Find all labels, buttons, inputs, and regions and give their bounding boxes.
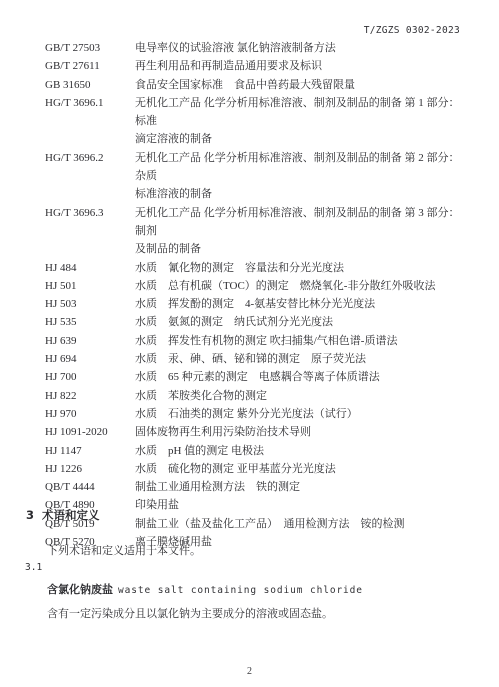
section-title: 术语和定义 — [42, 508, 100, 522]
reference-code: HJ 639 — [45, 332, 135, 350]
reference-title: 水质 挥发性有机物的测定 吹扫捕集/气相色谱-质谱法 — [135, 332, 464, 350]
reference-row: QB/T 4444 制盐工业通用检测方法 铁的测定 — [45, 478, 464, 496]
reference-title: 电导率仪的试验溶液 氯化钠溶液制备方法 — [135, 39, 464, 57]
reference-title: 无机化工产品 化学分析用标准溶液、制剂及制品的制备 第 3 部分：制剂 及制品的… — [135, 204, 464, 259]
reference-title: 印染用盐 — [135, 496, 464, 514]
reference-title: 水质 65 种元素的测定 电感耦合等离子体质谱法 — [135, 368, 464, 386]
reference-row: HJ 822 水质 苯胺类化合物的测定 — [45, 387, 464, 405]
reference-code: HJ 535 — [45, 313, 135, 331]
reference-code: HJ 484 — [45, 259, 135, 277]
reference-row: HJ 1091-2020 固体废物再生利用污染防治技术导则 — [45, 423, 464, 441]
page-number: 2 — [0, 666, 499, 677]
reference-row: GB/T 27611 再生利用品和再制造品通用要求及标识 — [45, 57, 464, 75]
reference-code: GB/T 27503 — [45, 39, 135, 57]
standard-number-header: T/ZGZS 0302-2023 — [364, 25, 460, 36]
reference-code: GB/T 27611 — [45, 57, 135, 75]
section-number: 3 — [26, 508, 34, 522]
reference-code: HJ 503 — [45, 295, 135, 313]
term-line: 含氯化钠废盐waste salt containing sodium chlor… — [47, 580, 363, 598]
reference-title: 水质 氰化物的测定 容量法和分光光度法 — [135, 259, 464, 277]
reference-title: 水质 总有机碳（TOC）的测定 燃烧氧化-非分散红外吸收法 — [135, 277, 464, 295]
reference-row: QB/T 5019 制盐工业（盐及盐化工产品） 通用检测方法 铵的检测 — [45, 515, 464, 533]
reference-row: HG/T 3696.2 无机化工产品 化学分析用标准溶液、制剂及制品的制备 第 … — [45, 149, 464, 204]
reference-code: HJ 1226 — [45, 460, 135, 478]
reference-title: 固体废物再生利用污染防治技术导则 — [135, 423, 464, 441]
reference-row: HJ 694 水质 汞、砷、硒、铋和锑的测定 原子荧光法 — [45, 350, 464, 368]
reference-row: HJ 501 水质 总有机碳（TOC）的测定 燃烧氧化-非分散红外吸收法 — [45, 277, 464, 295]
reference-code: HJ 1147 — [45, 442, 135, 460]
reference-row: HJ 535 水质 氨氮的测定 纳氏试剂分光光度法 — [45, 313, 464, 331]
reference-title: 无机化工产品 化学分析用标准溶液、制剂及制品的制备 第 2 部分：杂质 标准溶液… — [135, 149, 464, 204]
reference-code: GB 31650 — [45, 76, 135, 94]
reference-title: 水质 硫化物的测定 亚甲基蓝分光光度法 — [135, 460, 464, 478]
reference-code: HJ 694 — [45, 350, 135, 368]
reference-title: 再生利用品和再制造品通用要求及标识 — [135, 57, 464, 75]
reference-title: 水质 挥发酚的测定 4-氨基安替比林分光光度法 — [135, 295, 464, 313]
reference-code: HJ 700 — [45, 368, 135, 386]
reference-code: HG/T 3696.2 — [45, 149, 135, 167]
reference-row: HJ 503 水质 挥发酚的测定 4-氨基安替比林分光光度法 — [45, 295, 464, 313]
term-chinese: 含氯化钠废盐 — [47, 583, 113, 596]
reference-title: 水质 汞、砷、硒、铋和锑的测定 原子荧光法 — [135, 350, 464, 368]
reference-row: HG/T 3696.3 无机化工产品 化学分析用标准溶液、制剂及制品的制备 第 … — [45, 204, 464, 259]
section-intro-paragraph: 下列术语和定义适用于本文件。 — [47, 542, 201, 558]
reference-row: HJ 970 水质 石油类的测定 紫外分光光度法（试行） — [45, 405, 464, 423]
reference-row: HG/T 3696.1 无机化工产品 化学分析用标准溶液、制剂及制品的制备 第 … — [45, 94, 464, 149]
reference-row: HJ 639 水质 挥发性有机物的测定 吹扫捕集/气相色谱-质谱法 — [45, 332, 464, 350]
reference-code: HG/T 3696.3 — [45, 204, 135, 222]
reference-row: GB 31650 食品安全国家标准 食品中兽药最大残留限量 — [45, 76, 464, 94]
reference-code: HJ 970 — [45, 405, 135, 423]
reference-code: HJ 501 — [45, 277, 135, 295]
term-english: waste salt containing sodium chloride — [118, 585, 363, 596]
reference-code: HJ 822 — [45, 387, 135, 405]
reference-title: 食品安全国家标准 食品中兽药最大残留限量 — [135, 76, 464, 94]
term-number: 3.1 — [25, 562, 42, 573]
section-heading: 3术语和定义 — [26, 507, 100, 523]
reference-title: 制盐工业通用检测方法 铁的测定 — [135, 478, 464, 496]
reference-row: HJ 484 水质 氰化物的测定 容量法和分光光度法 — [45, 259, 464, 277]
reference-row: GB/T 27503 电导率仪的试验溶液 氯化钠溶液制备方法 — [45, 39, 464, 57]
reference-title: 无机化工产品 化学分析用标准溶液、制剂及制品的制备 第 1 部分：标准 滴定溶液… — [135, 94, 464, 149]
reference-row: QB/T 4890 印染用盐 — [45, 496, 464, 514]
reference-title: 水质 pH 值的测定 电极法 — [135, 442, 464, 460]
document-page: T/ZGZS 0302-2023 GB/T 27503 电导率仪的试验溶液 氯化… — [0, 0, 499, 687]
reference-row: HJ 1226 水质 硫化物的测定 亚甲基蓝分光光度法 — [45, 460, 464, 478]
term-definition: 含有一定污染成分且以氯化钠为主要成分的溶液或固态盐。 — [47, 605, 333, 621]
reference-title: 水质 石油类的测定 紫外分光光度法（试行） — [135, 405, 464, 423]
reference-code: QB/T 4444 — [45, 478, 135, 496]
reference-title: 水质 氨氮的测定 纳氏试剂分光光度法 — [135, 313, 464, 331]
reference-title: 水质 苯胺类化合物的测定 — [135, 387, 464, 405]
references-list: GB/T 27503 电导率仪的试验溶液 氯化钠溶液制备方法 GB/T 2761… — [45, 39, 464, 551]
reference-row: HJ 1147 水质 pH 值的测定 电极法 — [45, 442, 464, 460]
reference-code: HG/T 3696.1 — [45, 94, 135, 112]
reference-row: HJ 700 水质 65 种元素的测定 电感耦合等离子体质谱法 — [45, 368, 464, 386]
reference-title: 制盐工业（盐及盐化工产品） 通用检测方法 铵的检测 — [135, 515, 464, 533]
reference-code: HJ 1091-2020 — [45, 423, 135, 441]
